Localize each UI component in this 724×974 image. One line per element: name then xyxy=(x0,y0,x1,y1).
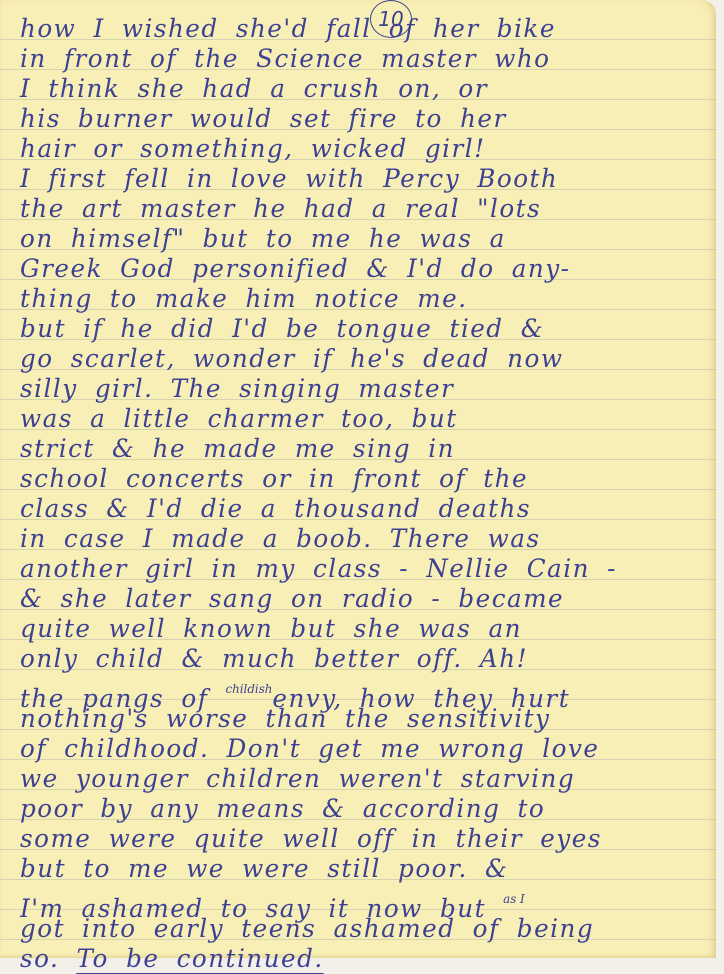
inserted-word: as I xyxy=(503,892,525,906)
text-line: I first fell in love with Percy Booth xyxy=(20,164,700,194)
text-line: school concerts or in front of the xyxy=(20,464,700,494)
text-line: on himself" but to me he was a xyxy=(20,224,700,254)
text-line: class & I'd die a thousand deaths xyxy=(20,494,700,524)
text-line: his burner would set fire to her xyxy=(20,104,700,134)
text-line: silly girl. The singing master xyxy=(20,374,700,404)
text-line: go scarlet, wonder if he's dead now xyxy=(20,344,700,374)
text-line: but to me we were still poor. & xyxy=(20,854,700,884)
text-line: thing to make him notice me. xyxy=(20,284,700,314)
text-line: got into early teens ashamed of being xyxy=(20,914,700,944)
text-line: another girl in my class - Nellie Cain - xyxy=(20,554,700,584)
text-line-closing: so. To be continued. xyxy=(20,944,700,962)
letter-page: 10 how I wished she'd fall of her bike i… xyxy=(0,0,716,958)
text-line: in front of the Science master who xyxy=(20,44,700,74)
text-line: was a little charmer too, but xyxy=(20,404,700,434)
text-line: hair or something, wicked girl! xyxy=(20,134,700,164)
text-line: strict & he made me sing in xyxy=(20,434,700,464)
text-line: nothing's worse than the sensitivity xyxy=(20,704,700,734)
text-line: how I wished she'd fall of her bike xyxy=(20,14,700,44)
handwritten-text: how I wished she'd fall of her bike in f… xyxy=(20,14,710,962)
text-line-with-insertion: I'm ashamed to say it now but as I xyxy=(20,884,700,914)
text-line: Greek God personified & I'd do any- xyxy=(20,254,700,284)
text-line: of childhood. Don't get me wrong love xyxy=(20,734,700,764)
to-be-continued-note: To be continued. xyxy=(77,944,324,962)
text-line: in case I made a boob. There was xyxy=(20,524,700,554)
inserted-word: childish xyxy=(226,682,273,696)
text-line: the art master he had a real "lots xyxy=(20,194,700,224)
text-line: poor by any means & according to xyxy=(20,794,700,824)
text-line: & she later sang on radio - became xyxy=(20,584,700,614)
text-line: some were quite well off in their eyes xyxy=(20,824,700,854)
text-line-with-insertion: the pangs of childishenvy, how they hurt xyxy=(20,674,700,704)
text-line: I think she had a crush on, or xyxy=(20,74,700,104)
text-line: only child & much better off. Ah! xyxy=(20,644,700,674)
text-line: but if he did I'd be tongue tied & xyxy=(20,314,700,344)
text-line: we younger children weren't starving xyxy=(20,764,700,794)
text-segment: so. xyxy=(20,944,77,962)
text-line: quite well known but she was an xyxy=(20,614,700,644)
